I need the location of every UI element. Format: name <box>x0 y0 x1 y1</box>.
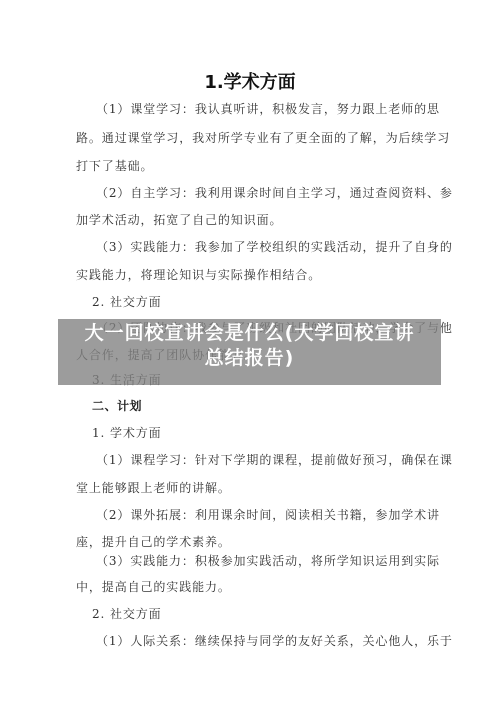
paragraph-line: （3）实践能力：积极参加实践活动，将所学知识运用到实际 <box>96 552 440 569</box>
overlay-title: 大一回校宣讲会是什么(大学回校宣讲 总结报告) <box>58 321 441 371</box>
paragraph-line: 中，提高自己的实践能力。 <box>76 578 231 595</box>
paragraph-line: （2）自主学习：我利用课余时间自主学习，通过查阅资料、参 <box>96 184 453 201</box>
paragraph-line: （1）课程学习：针对下学期的课程，提前做好预习，确保在课 <box>96 451 453 468</box>
paragraph-line: （1）人际关系：继续保持与同学的友好关系，关心他人，乐于 <box>96 632 453 649</box>
paragraph-line: （2）课外拓展：利用课余时间，阅读相关书籍，参加学术讲 <box>96 506 440 523</box>
paragraph-line: （3）实践能力：我参加了学校组织的实践活动，提升了自身的 <box>96 238 453 255</box>
overlay-title-line-1: 大一回校宣讲会是什么(大学回校宣讲 <box>58 321 441 346</box>
paragraph-line: 座，提升自己的学术素养。 <box>76 533 231 550</box>
paragraph-line: 路。通过课堂学习，我对所学专业有了更全面的了解，为后续学习 <box>76 129 450 146</box>
paragraph-line: 2. 社交方面 <box>92 605 162 622</box>
document-page: 1.学术方面 （1）课堂学习：我认真听讲，积极发言，努力跟上老师的思路。通过课堂… <box>0 0 500 706</box>
paragraph-line: 1. 学术方面 <box>92 424 162 441</box>
section-heading-plan: 二、计划 <box>92 397 142 414</box>
paragraph-line: 实践能力，将理论知识与实际操作相结合。 <box>76 266 321 283</box>
paragraph-line: 加学术活动，拓宽了自己的知识面。 <box>76 211 282 228</box>
overlay-title-line-2: 总结报告) <box>58 346 441 371</box>
paragraph-line: （1）课堂学习：我认真听讲，积极发言，努力跟上老师的思 <box>96 100 440 117</box>
paragraph-line: 2. 社交方面 <box>92 293 162 310</box>
section-title-academic: 1.学术方面 <box>0 68 500 94</box>
paragraph-line: 打下了基础。 <box>76 157 153 174</box>
paragraph-line: 堂上能够跟上老师的讲解。 <box>76 479 231 496</box>
